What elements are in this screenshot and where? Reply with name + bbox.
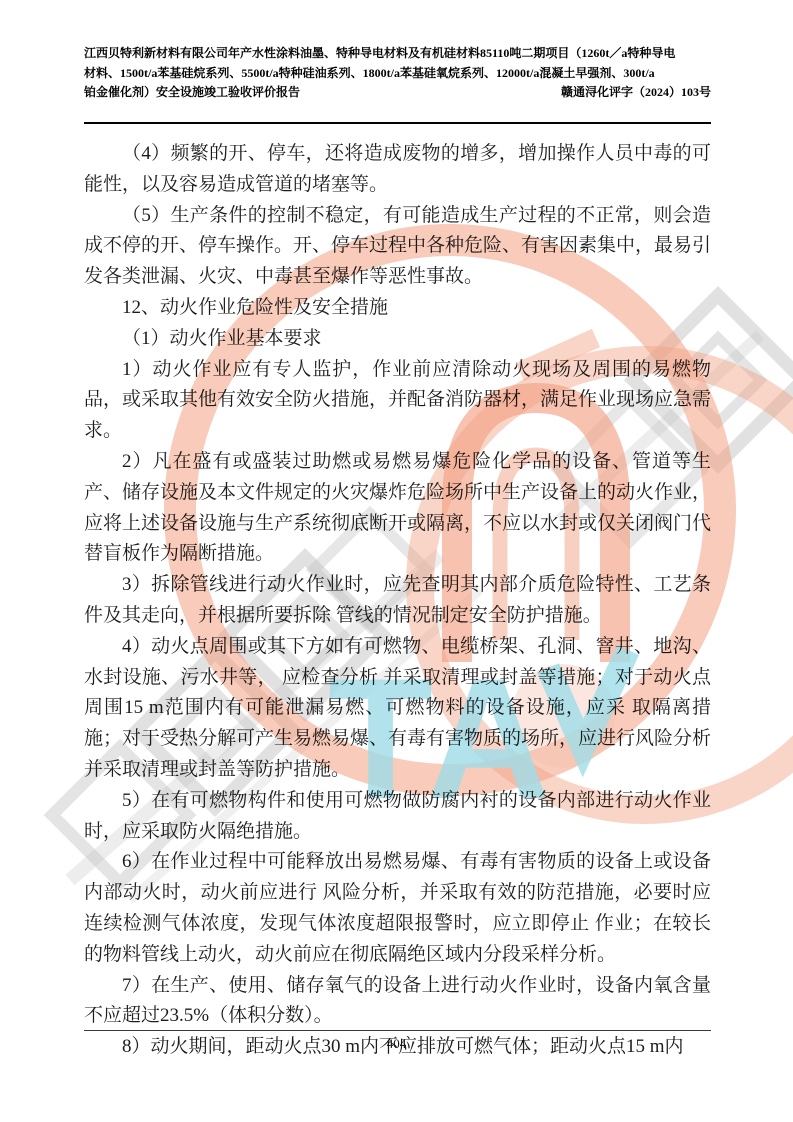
- body-paragraph: 5）在有可燃物构件和使用可燃物做防腐内衬的设备内部进行动火作业时，应采取防火隔绝…: [84, 786, 711, 848]
- body-paragraph: 7）在生产、使用、储存氧气的设备上进行动火作业时，设备内氧含量不应超过23.5%…: [84, 971, 711, 1033]
- body-paragraph: 12、动火作业危险性及安全措施: [84, 293, 711, 324]
- body-paragraph: 2）凡在盛有或盛装过助燃或易燃易爆危险化学品的设备、管道等生产、储存设施及本文件…: [84, 447, 711, 570]
- body-paragraph: （1）动火作业基本要求: [84, 324, 711, 355]
- body-paragraph: 6）在作业过程中可能释放出易燃易爆、有毒有害物质的设备上或设备内部动火时，动火前…: [84, 847, 711, 970]
- header-title-line3: 铂金催化剂）安全设施竣工验收评价报告: [84, 83, 300, 103]
- header-divider: [84, 122, 711, 124]
- report-header: 江西贝特利新材料有限公司年产水性涂料油墨、特种导电材料及有机硅材料85110吨二…: [84, 44, 711, 103]
- body-text: （4）频繁的开、停车，还将造成废物的增多，增加操作人员中毒的可能性，以及容易造成…: [84, 139, 711, 1063]
- body-paragraph: 4）动火点周围或其下方如有可燃物、电缆桥架、孔洞、窨井、地沟、水封设施、污水井等…: [84, 632, 711, 786]
- document-page: 江西贝特利新材料有限公司年产水性涂料油墨、特种导电材料及有机硅材料85110吨二…: [0, 0, 793, 1122]
- footer-divider: [84, 1030, 711, 1031]
- page-number: 404: [0, 1036, 793, 1052]
- body-paragraph: 1）动火作业应有专人监护，作业前应清除动火现场及周围的易燃物品，或采取其他有效安…: [84, 355, 711, 447]
- header-title-line2: 材料、1500t/a苯基硅烷系列、5500t/a特种硅油系列、1800t/a苯基…: [84, 64, 711, 84]
- header-doc-number: 赣通浔化评字（2024）103号: [561, 83, 711, 103]
- body-paragraph: （5）生产条件的控制不稳定，有可能造成生产过程的不正常，则会造成不停的开、停车操…: [84, 201, 711, 293]
- body-paragraph: （4）频繁的开、停车，还将造成废物的增多，增加操作人员中毒的可能性，以及容易造成…: [84, 139, 711, 201]
- body-paragraph: 3）拆除管线进行动火作业时，应先查明其内部介质危险特性、工艺条件及其走向，并根据…: [84, 570, 711, 632]
- header-title-line1: 江西贝特利新材料有限公司年产水性涂料油墨、特种导电材料及有机硅材料85110吨二…: [84, 44, 711, 64]
